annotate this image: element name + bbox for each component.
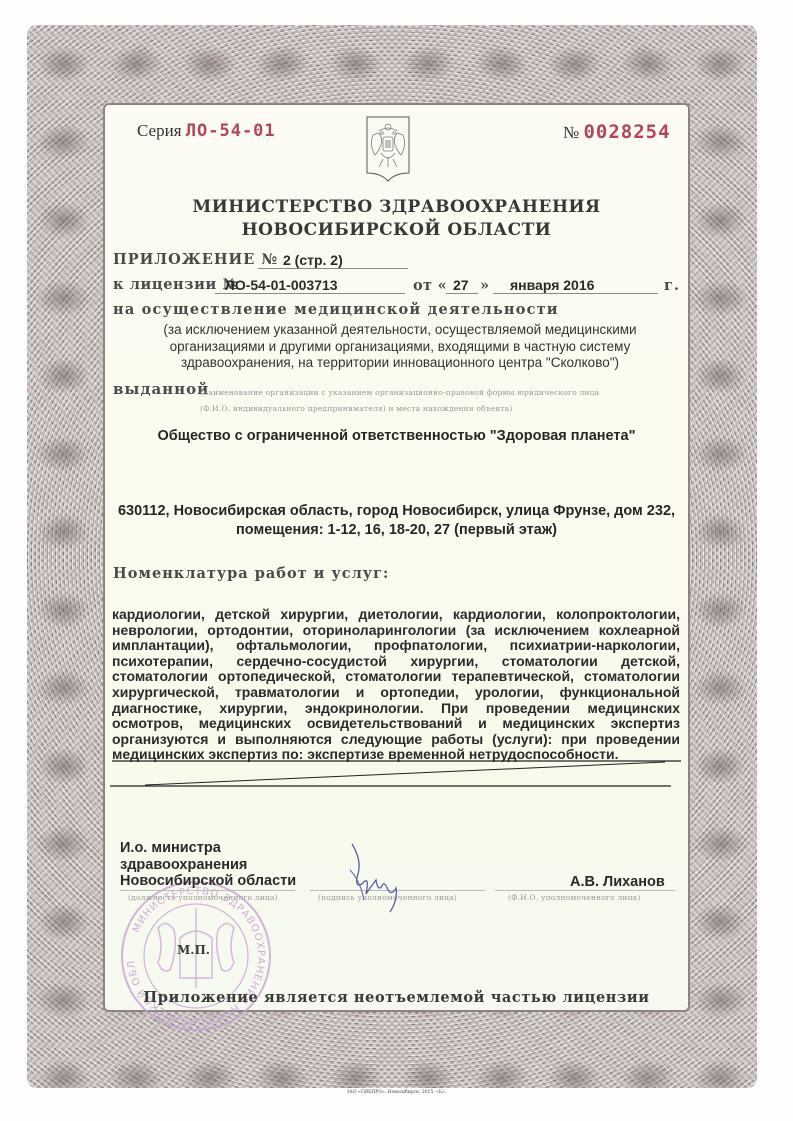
issued-hint-line1: (наименование организации с указанием ор…	[200, 388, 599, 397]
signatory-name: А.В. Лиханов	[570, 874, 665, 890]
license-number: ЛО-54-01-003713	[225, 277, 338, 293]
series-label: Серия ЛО-54-01	[137, 121, 276, 141]
russian-coat-of-arms-icon	[365, 115, 411, 183]
hint-position: (должность уполномоченного лица)	[128, 893, 278, 902]
close-quote: »	[480, 277, 490, 294]
name-underline	[495, 890, 675, 891]
nomenclature-label: Номенклатура работ и услуг:	[113, 565, 389, 582]
position-line: здравоохранения	[120, 857, 296, 874]
license-month-year: января 2016	[510, 277, 594, 293]
organization-name: Общество с ограниченной ответственностью…	[105, 427, 688, 446]
year-suffix: г.	[664, 277, 680, 294]
issued-label: выданной	[113, 380, 209, 398]
closing-lines	[105, 755, 688, 795]
position-line: И.о. министра	[120, 840, 296, 857]
position-line: Новосибирской области	[120, 873, 296, 890]
address-line2: помещения: 1-12, 16, 18-20, 27 (первый э…	[105, 521, 688, 540]
number-label: № 0028254	[563, 121, 671, 143]
ministry-title-line1: МИНИСТЕРСТВО ЗДРАВООХРАНЕНИЯ	[105, 197, 688, 217]
signatory-position: И.о. министра здравоохранения Новосибирс…	[120, 840, 296, 890]
issued-hint-line2: (Ф.И.О. индивидуального предпринимателя)…	[200, 404, 512, 413]
handwritten-signature	[340, 840, 410, 920]
activity-note-line: (за исключением указанной деятельности, …	[120, 322, 680, 339]
license-label: к лицензии №	[113, 276, 239, 293]
activity-note-line: организациями и другими организациями, в…	[120, 339, 680, 356]
hint-name: (Ф.И.О. уполномоченного лица)	[508, 893, 640, 902]
appendix-underline	[258, 268, 408, 269]
appendix-label: ПРИЛОЖЕНИЕ №	[113, 251, 278, 268]
license-number-underline	[215, 293, 405, 294]
position-underline	[120, 890, 295, 891]
activity-label: на осуществление медицинской деятельност…	[113, 301, 559, 318]
series-value: ЛО-54-01	[186, 121, 276, 141]
printer-credit: ЗАО «СИБПРО», Новосибирск, 2015, «Б».	[105, 1090, 688, 1095]
month-underline	[493, 293, 658, 294]
license-from-label: от «	[413, 277, 447, 294]
series-label-text: Серия	[137, 121, 182, 140]
day-underline	[446, 293, 478, 294]
footer-statement: Приложение является неотъемлемой частью …	[105, 989, 688, 1006]
activity-note: (за исключением указанной деятельности, …	[120, 322, 680, 372]
address-line1: 630112, Новосибирская область, город Нов…	[105, 502, 688, 521]
activity-note-line: здравоохранения, на территории инновацио…	[120, 355, 680, 372]
stamp-place-label: М.П.	[177, 943, 210, 957]
appendix-value: 2 (стр. 2)	[283, 252, 343, 268]
blank-number: 0028254	[583, 121, 670, 143]
number-sign: №	[563, 123, 579, 142]
nomenclature-text: кардиологии, детской хирургии, диетологи…	[112, 607, 680, 763]
ministry-title-line2: НОВОСИБИРСКОЙ ОБЛАСТИ	[105, 220, 688, 240]
license-day: 27	[453, 277, 469, 293]
